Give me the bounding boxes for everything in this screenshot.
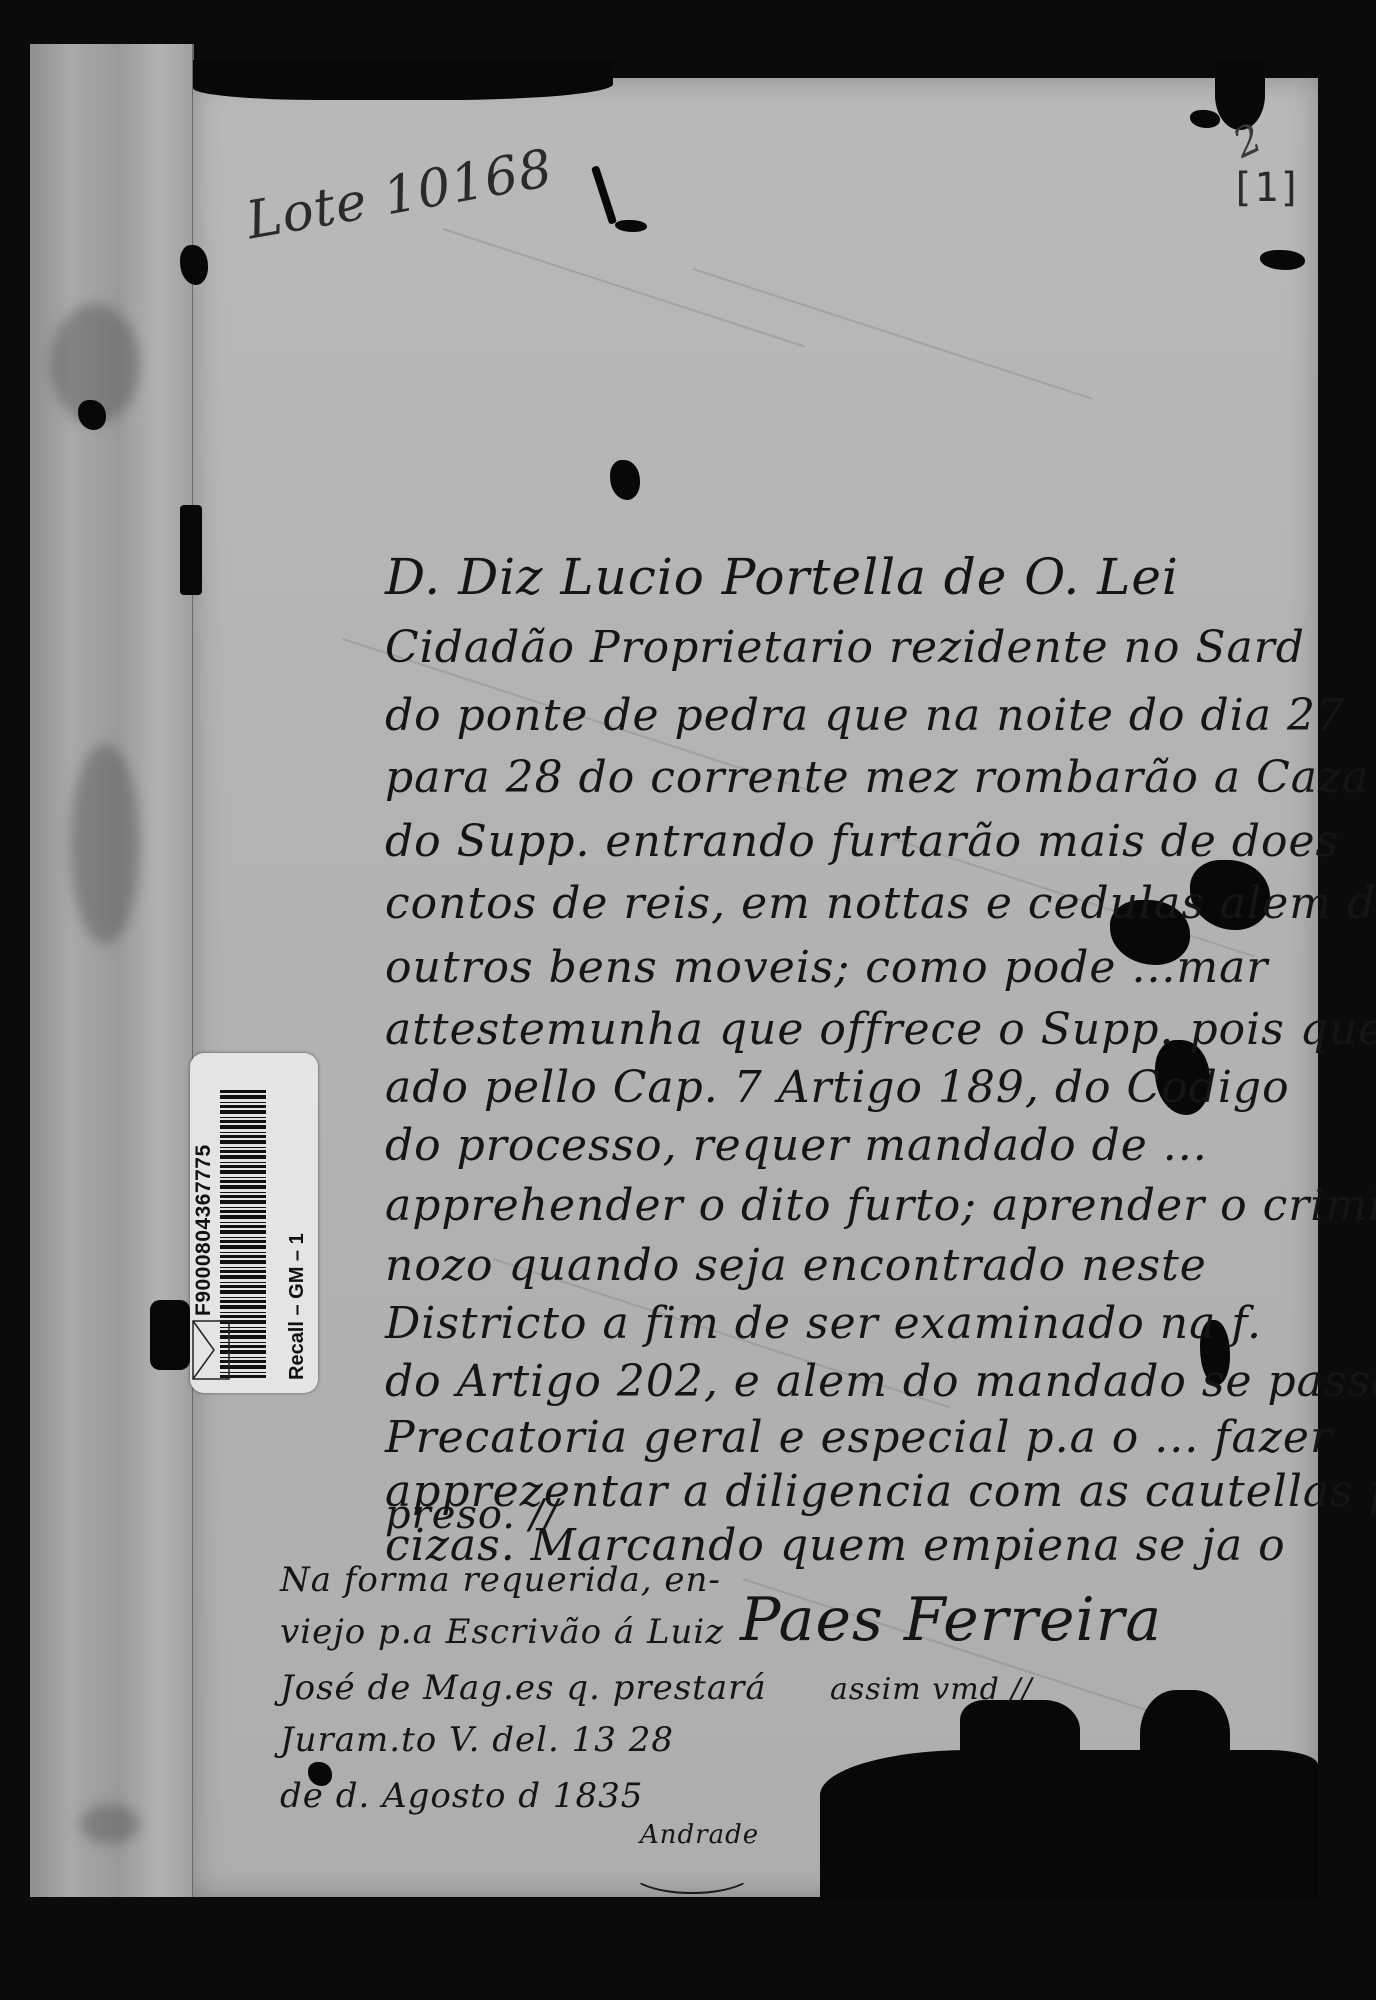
petition-line: apprehender o dito furto; aprender o cri… [385, 1180, 1376, 1231]
archive-barcode-label: Recall – GM – 1 F9000804367775 [190, 1053, 318, 1393]
petition-line: outros bens moveis; como pode ...mar [385, 942, 1268, 993]
petition-line: attestemunha que offrece o Supp. pois qu… [385, 1004, 1376, 1055]
petition-line: do ponte de pedra que na noite do dia 27 [385, 690, 1345, 741]
petition-line: Precatoria geral e especial p.a o ... fa… [385, 1412, 1332, 1463]
binding-stain [80, 1804, 140, 1844]
ink-blot [150, 1300, 190, 1370]
folio-bracket: [1] [1230, 165, 1302, 211]
petition-line: contos de reis, em nottas e cedulas alem… [385, 878, 1376, 929]
signature-side: assim vmd // [830, 1672, 1033, 1707]
ink-blot [180, 505, 202, 595]
petition-line: do Artigo 202, e alem do mandado se pass… [385, 1356, 1376, 1407]
despacho-line: viejo p.a Escrivão á Luiz [280, 1612, 724, 1652]
binding-stain [70, 744, 140, 944]
binding-strip [30, 44, 194, 1897]
petition-line: ado pello Cap. 7 Artigo 189, do Codigo [385, 1062, 1290, 1113]
despacho-line: Na forma requerida, en- [280, 1560, 721, 1600]
petition-line: do processo, requer mandado de ... [385, 1120, 1208, 1171]
petition-line: nozo quando seja encontrado neste [385, 1240, 1207, 1291]
signature-bottom: Andrade [640, 1820, 759, 1850]
petition-line: Cidadão Proprietario rezidente no Sard [385, 622, 1305, 673]
torn-corner [960, 1700, 1080, 1800]
barcode-number: F9000804367775 [192, 1144, 216, 1316]
torn-edge [193, 60, 613, 100]
petition-line: Districto a fim de ser examinado na f. [385, 1298, 1262, 1349]
petition-line: D. Diz Lucio Portella de O. Lei [385, 548, 1179, 606]
signature-main: Paes Ferreira [740, 1585, 1162, 1655]
bleed-through [693, 268, 1093, 400]
signature-flourish [630, 1850, 754, 1894]
envelope-icon [192, 1320, 230, 1380]
despacho-line: Juram.to V. del. 13 28 [280, 1720, 674, 1760]
despacho-line: de d. Agosto d 1835 [280, 1776, 643, 1816]
torn-corner [1140, 1690, 1230, 1800]
label-content: Recall – GM – 1 F9000804367775 [190, 1058, 318, 1388]
petition-line: do Supp. entrando furtarão mais de does [385, 816, 1339, 867]
despacho-line: José de Mag.es q. prestará [280, 1668, 767, 1708]
petition-closing: preso. // [385, 1492, 559, 1538]
petition-line: para 28 do corrente mez rombarão a Caza [385, 752, 1369, 803]
collection-code: Recall – GM – 1 [286, 1233, 309, 1380]
